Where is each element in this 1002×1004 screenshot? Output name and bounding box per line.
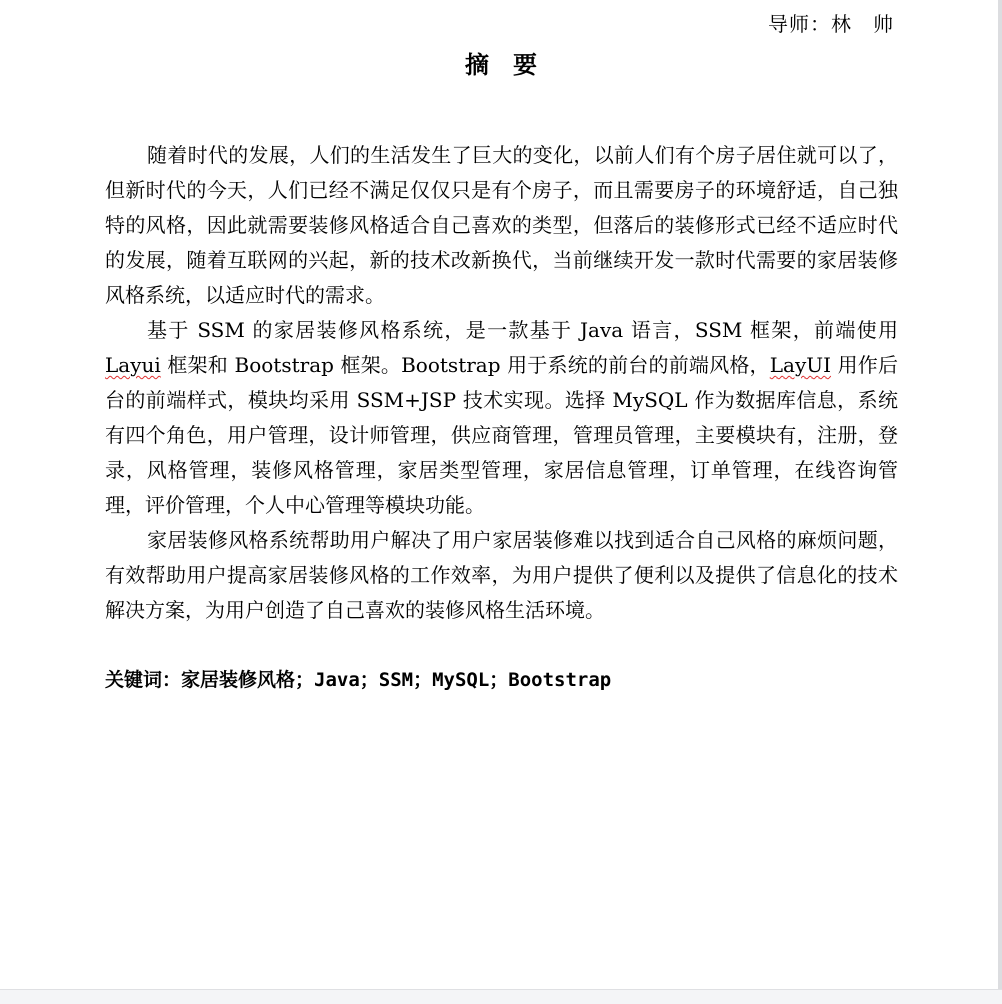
paragraph-2-text-c: 用作后台的前端样式，模块均采用 SSM+JSP 技术实现。选择 MySQL 作为…: [105, 353, 898, 517]
keywords-line: 关键词：家居装修风格；Java；SSM；MySQL；Bootstrap: [105, 665, 898, 695]
abstract-title: 摘 要: [0, 48, 1002, 82]
vertical-scrollbar-track[interactable]: [998, 0, 1002, 989]
spellcheck-word-layui-caps[interactable]: LayUI: [770, 353, 831, 377]
advisor-line: 导师：林 帅: [768, 10, 894, 38]
paragraph-2-text-b: 框架和 Bootstrap 框架。Bootstrap 用于系统的前台的前端风格，: [161, 353, 770, 377]
status-bar: [0, 989, 1002, 1004]
abstract-paragraph-3: 家居装修风格系统帮助用户解决了用户家居装修难以找到适合自己风格的麻烦问题，有效帮…: [105, 523, 898, 628]
abstract-paragraph-2: 基于 SSM 的家居装修风格系统，是一款基于 Java 语言，SSM 框架，前端…: [105, 313, 898, 523]
abstract-body: 随着时代的发展，人们的生活发生了巨大的变化，以前人们有个房子居住就可以了，但新时…: [105, 138, 898, 628]
spellcheck-word-layui[interactable]: Layui: [105, 353, 161, 377]
paragraph-2-text-a: 基于 SSM 的家居装修风格系统，是一款基于 Java 语言，SSM 框架，前端…: [147, 318, 898, 342]
keywords-label: 关键词：: [105, 669, 181, 691]
abstract-paragraph-1: 随着时代的发展，人们的生活发生了巨大的变化，以前人们有个房子居住就可以了，但新时…: [105, 138, 898, 313]
document-page[interactable]: 导师：林 帅 摘 要 随着时代的发展，人们的生活发生了巨大的变化，以前人们有个房…: [0, 0, 998, 989]
keywords-items: 家居装修风格；Java；SSM；MySQL；Bootstrap: [181, 669, 611, 691]
